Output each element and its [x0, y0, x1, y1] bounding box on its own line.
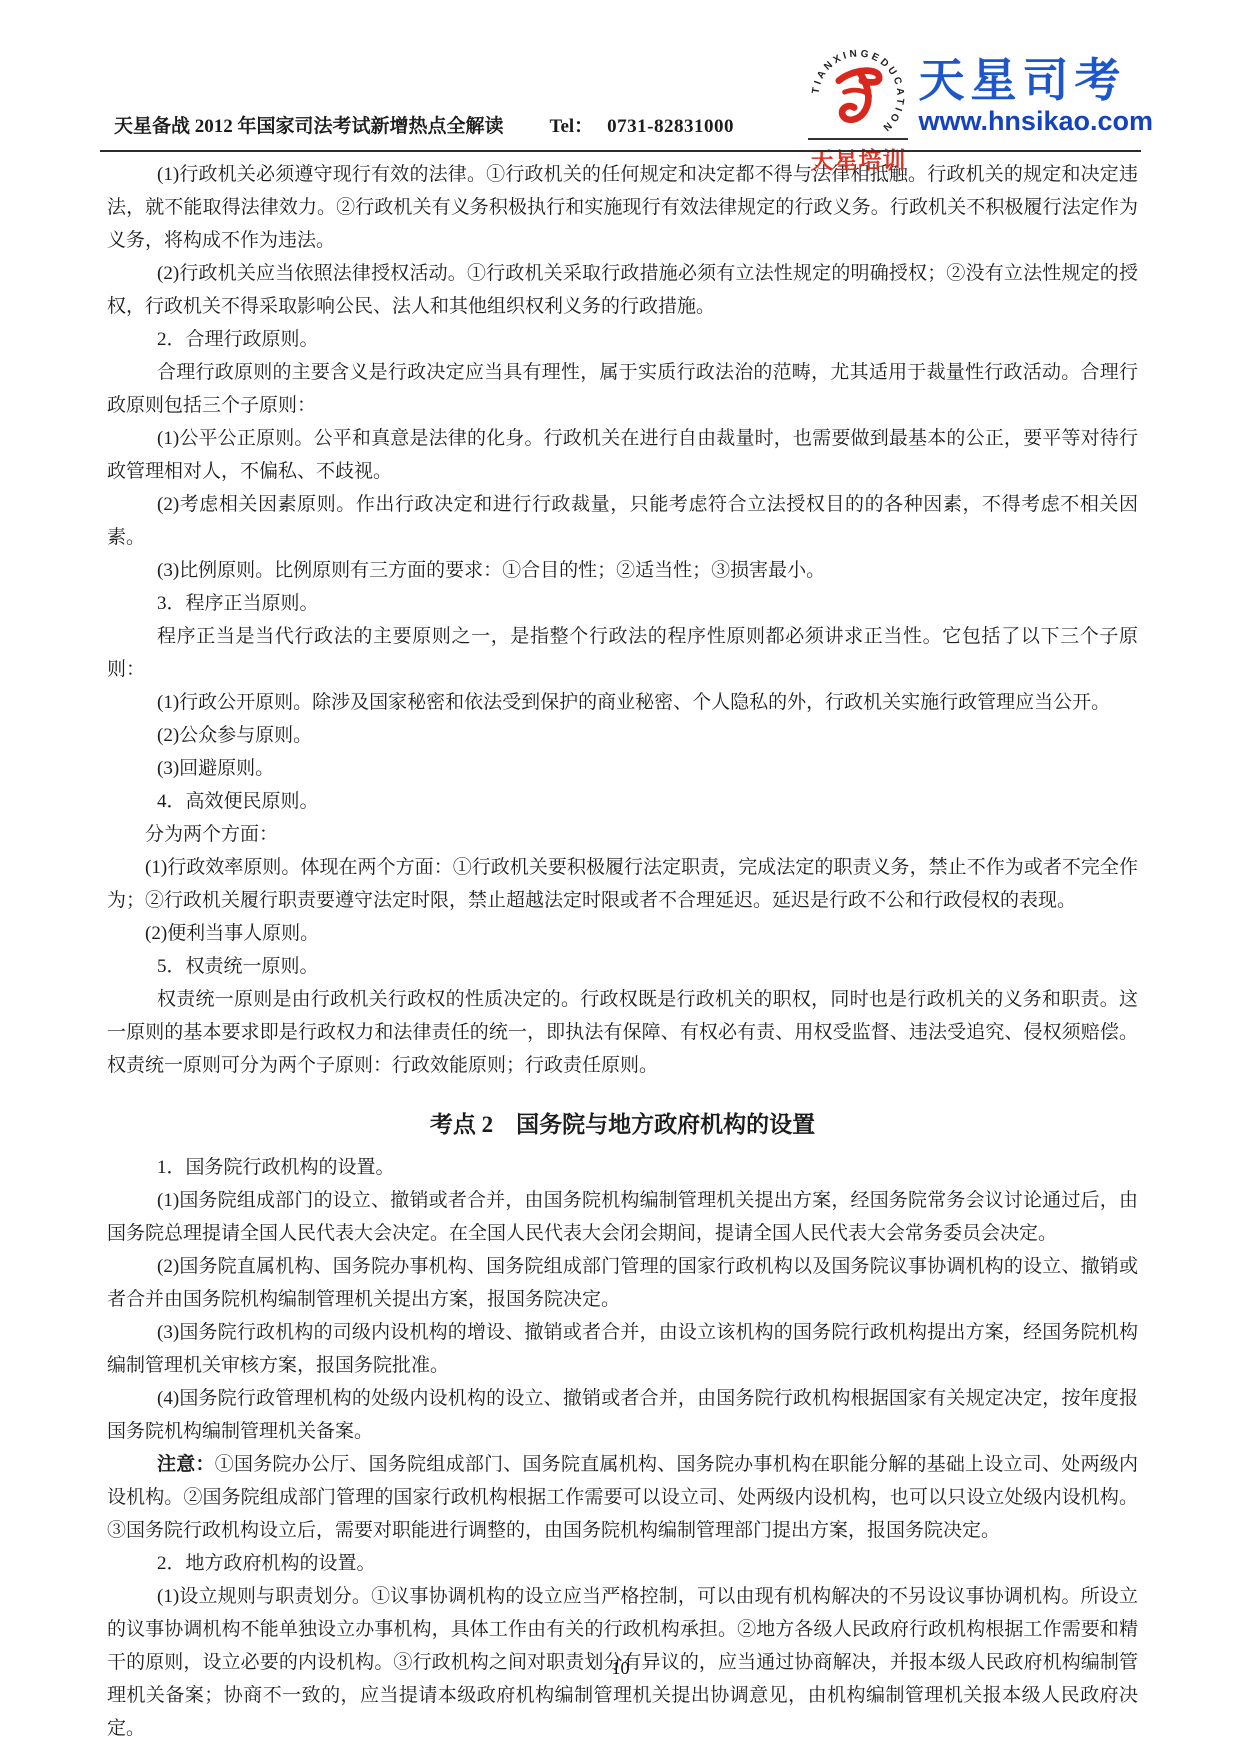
paragraph: 分为两个方面：: [107, 818, 1138, 851]
paragraph: 5．权责统一原则。: [107, 950, 1138, 983]
paragraph: (2)行政机关应当依照法律授权活动。①行政机关采取行政措施必须有立法性规定的明确…: [107, 257, 1138, 323]
paragraph: (3)回避原则。: [107, 752, 1138, 785]
paragraph: (2)便利当事人原则。: [107, 917, 1138, 950]
paragraph: 4．高效便民原则。: [107, 785, 1138, 818]
paragraph: 程序正当是当代行政法的主要原则之一，是指整个行政法的程序性原则都必须讲求正当性。…: [107, 620, 1138, 686]
paragraph: 1．国务院行政机构的设置。: [107, 1151, 1138, 1184]
logo-glyph: [839, 71, 879, 120]
tel-label: Tel：: [550, 111, 594, 138]
logo-emblem: TIANXINGEDUCATION 天星培训: [808, 48, 908, 175]
paragraph: (2)国务院直属机构、国务院办事机构、国务院组成部门管理的国家行政机构以及国务院…: [107, 1250, 1138, 1316]
paragraph: (2)考虑相关因素原则。作出行政决定和进行行政裁量，只能考虑符合立法授权目的的各…: [107, 488, 1138, 554]
section-heading-label: 考点 2: [430, 1112, 493, 1137]
paragraph: (1)公平公正原则。公平和真意是法律的化身。行政机关在进行自由裁量时，也需要做到…: [107, 422, 1138, 488]
logo-website: www.hnsikao.com: [918, 104, 1153, 138]
tel-number: 0731-82831000: [607, 116, 734, 138]
paragraph: 2．地方政府机构的设置。: [107, 1547, 1138, 1580]
paragraph: (1)行政效率原则。体现在两个方面：①行政机关要积极履行法定职责，完成法定的职责…: [107, 851, 1138, 917]
header-rule: [100, 150, 1141, 152]
paragraph: 权责统一原则是由行政机关行政权的性质决定的。行政权既是行政机关的职权，同时也是行…: [107, 983, 1138, 1082]
paragraph: 2．合理行政原则。: [107, 323, 1138, 356]
paragraph: (3)国务院行政机构的司级内设机构的增设、撤销或者合并，由设立该机构的国务院行政…: [107, 1316, 1138, 1382]
header-title: 天星备战 2012 年国家司法考试新增热点全解读: [114, 111, 504, 138]
section-heading-title: 国务院与地方政府机构的设置: [516, 1112, 815, 1137]
section-heading: 考点 2国务院与地方政府机构的设置: [107, 1108, 1138, 1141]
page-number: 10: [0, 1658, 1241, 1679]
document-page: 天星备战 2012 年国家司法考试新增热点全解读 Tel： 0731-82831…: [0, 0, 1241, 1755]
paragraph-note: 注意：①国务院办公厅、国务院组成部门、国务院直属机构、国务院办事机构在职能分解的…: [107, 1448, 1138, 1547]
paragraph: (3)比例原则。比例原则有三方面的要求：①合目的性；②适当性；③损害最小。: [107, 554, 1138, 587]
note-text: ①国务院办公厅、国务院组成部门、国务院直属机构、国务院办事机构在职能分解的基础上…: [107, 1454, 1138, 1541]
note-prefix: 注意：: [157, 1454, 215, 1475]
logo-seal-icon: TIANXINGEDUCATION: [810, 48, 906, 144]
logo-brand-name: 天星司考: [918, 56, 1153, 104]
page-header: 天星备战 2012 年国家司法考试新增热点全解读 Tel： 0731-82831…: [100, 0, 1141, 152]
paragraph: 合理行政原则的主要含义是行政决定应当具有理性，属于实质行政法治的范畴，尤其适用于…: [107, 356, 1138, 422]
paragraph: (2)公众参与原则。: [107, 719, 1138, 752]
logo-training-label: 天星培训: [808, 138, 908, 175]
paragraph: (1)行政公开原则。除涉及国家秘密和依法受到保护的商业秘密、个人隐私的外，行政机…: [107, 686, 1138, 719]
document-body: (1)行政机关必须遵守现行有效的法律。①行政机关的任何规定和决定都不得与法律相抵…: [107, 158, 1138, 1745]
paragraph: (4)国务院行政管理机构的处级内设机构的设立、撤销或者合并，由国务院行政机构根据…: [107, 1382, 1138, 1448]
paragraph: 3．程序正当原则。: [107, 587, 1138, 620]
tianxing-logo: TIANXINGEDUCATION 天星培训 天星司考 www.hnsikao.…: [808, 48, 1153, 175]
paragraph: (1)国务院组成部门的设立、撤销或者合并，由国务院机构编制管理机关提出方案，经国…: [107, 1184, 1138, 1250]
